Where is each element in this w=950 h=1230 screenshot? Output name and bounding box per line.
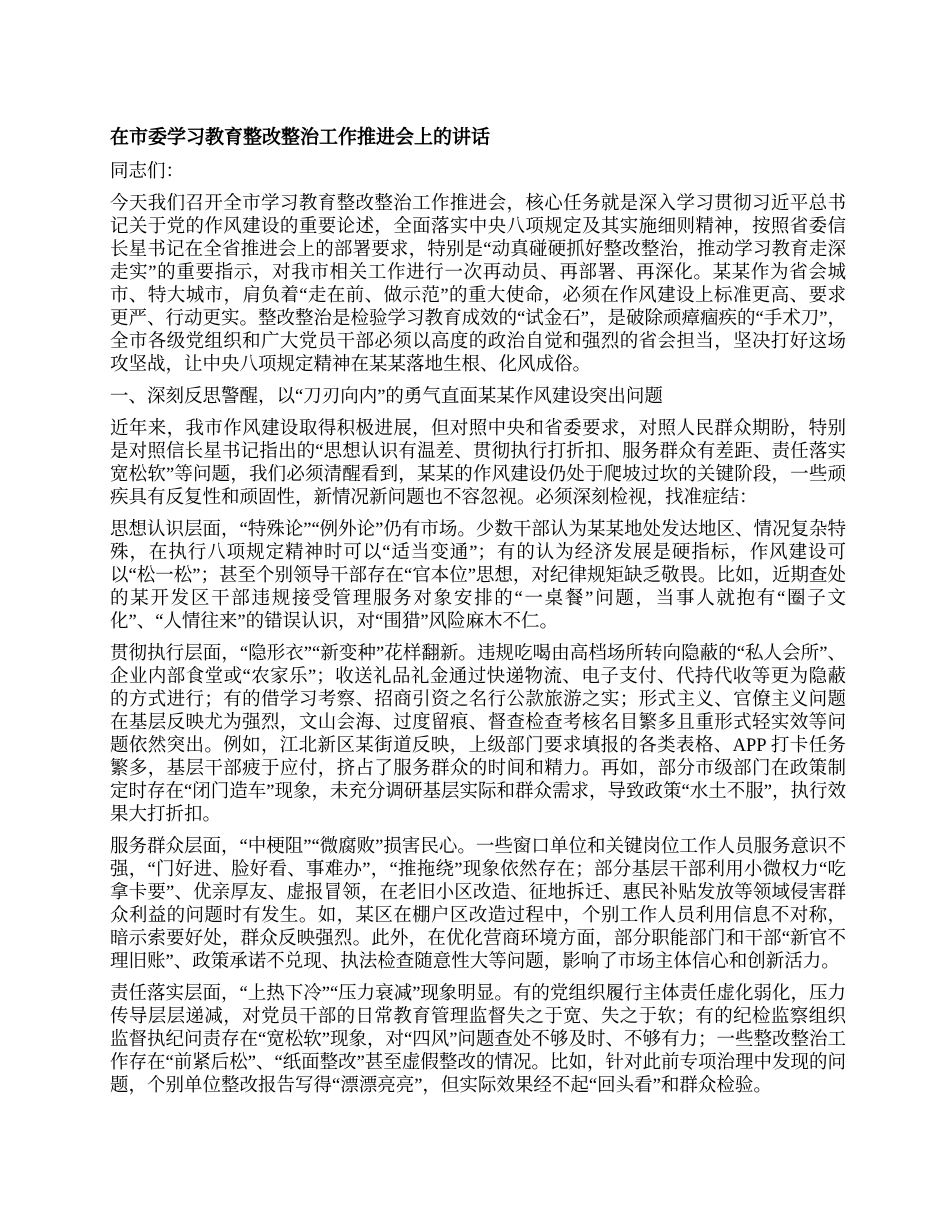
document-page: 在市委学习教育整改整治工作推进会上的讲话 同志们： 今天我们召开全市学习教育整改…	[0, 0, 950, 1230]
paragraph-intro: 今天我们召开全市学习教育整改整治工作推进会，核心任务就是深入学习贯彻习近平总书记…	[110, 193, 846, 377]
document-title: 在市委学习教育整改整治工作推进会上的讲话	[110, 126, 846, 149]
paragraph-recent-years: 近年来，我市作风建设取得积极进展，但对照中央和省委要求，对照人民群众期盼，特别是…	[110, 418, 846, 510]
salutation: 同志们：	[110, 161, 846, 184]
paragraph-implementation-level: 贯彻执行层面，“隐形衣”“新变种”花样翻新。违规吃喝由高档场所转向隐蔽的“私人会…	[110, 643, 846, 827]
paragraph-ideology-level: 思想认识层面，“特殊论”“例外论”仍有市场。少数干部认为某某地处发达地区、情况复…	[110, 519, 846, 634]
paragraph-responsibility-level: 责任落实层面，“上热下冷”“压力衰减”现象明显。有的党组织履行主体责任虚化弱化，…	[110, 983, 846, 1098]
section-heading-1: 一、深刻反思警醒，以“刀刃向内”的勇气直面某某作风建设突出问题	[110, 386, 846, 409]
paragraph-serving-masses-level: 服务群众层面，“中梗阻”“微腐败”损害民心。一些窗口单位和关键岗位工作人员服务意…	[110, 836, 846, 974]
